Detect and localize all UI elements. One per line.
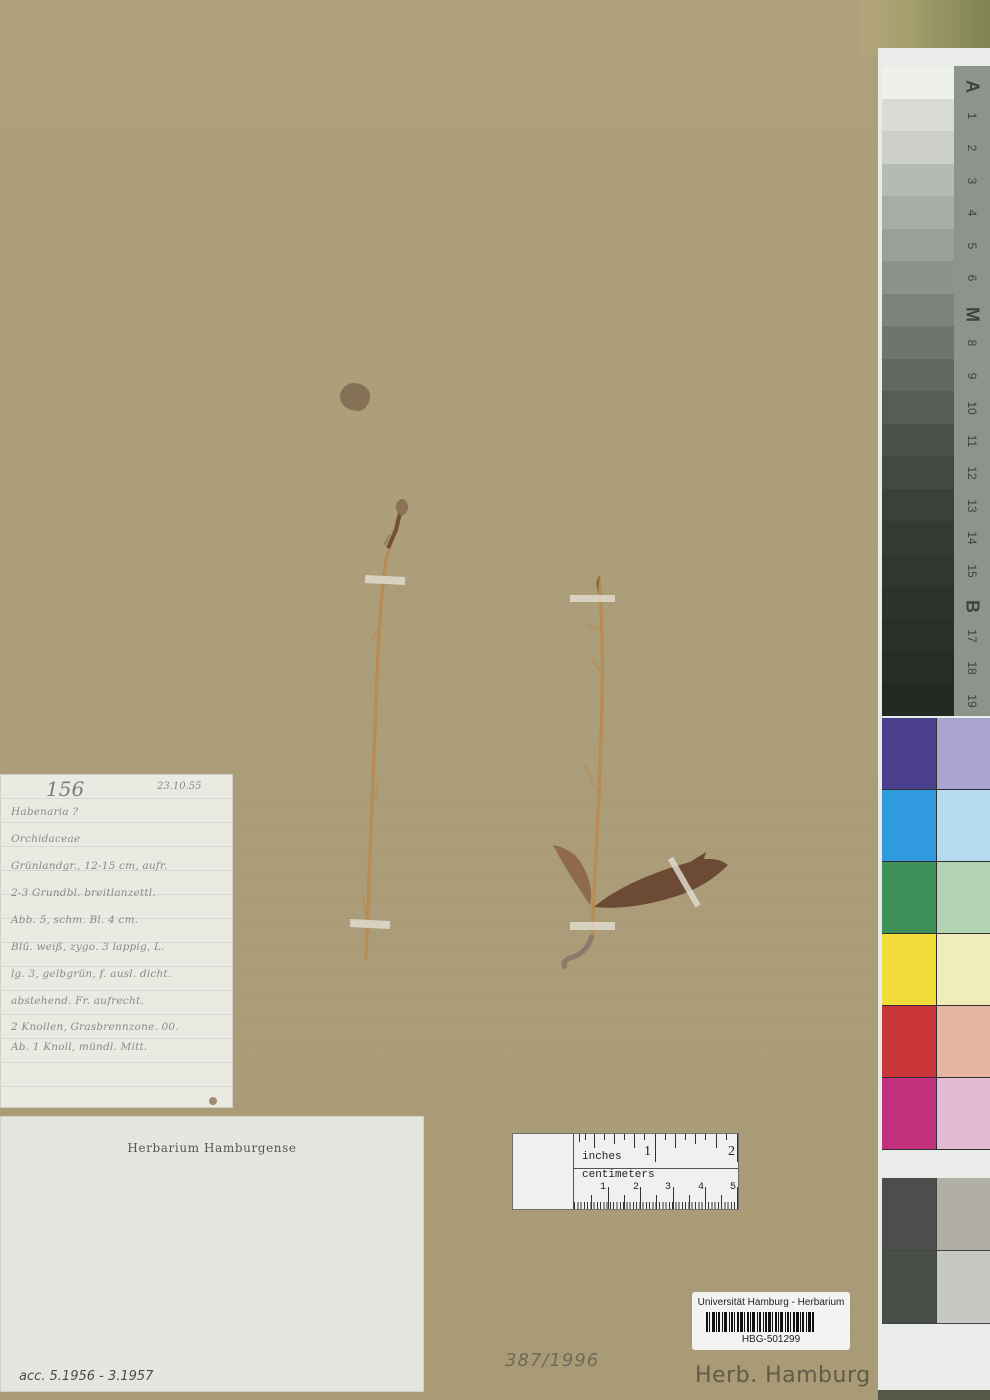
gray-patch	[882, 456, 954, 489]
gray-patch	[882, 489, 954, 522]
gray-patch	[882, 66, 954, 99]
color-patch-row	[882, 1006, 990, 1078]
color-patch	[937, 1006, 990, 1077]
note-line: Ab. 1 Knoll, mündl. Mitt.	[11, 1041, 147, 1053]
scale-ruler: inches 1 2 centimeters 1 2 3 4 5	[512, 1133, 739, 1210]
cm-mark: 1	[600, 1182, 606, 1193]
gray-scale	[882, 66, 954, 716]
inch-mark: 1	[644, 1144, 651, 1160]
scale-label: 4	[965, 195, 979, 231]
gray-patch	[882, 99, 954, 132]
cm-mark: 2	[633, 1182, 639, 1193]
stain-mark	[209, 1097, 217, 1105]
gray-patch	[882, 164, 954, 197]
note-line: 2-3 Grundbl. breitlanzettl.	[11, 887, 156, 899]
gray-patch	[937, 1251, 990, 1323]
color-patch	[882, 1078, 937, 1149]
note-line: 2 Knollen, Grasbrennzone. 00.	[11, 1021, 179, 1033]
gray-patch	[882, 619, 954, 652]
color-patch-row	[882, 1078, 990, 1150]
gray-reference-patches	[882, 1178, 990, 1324]
barcode-label: Universität Hamburg - Herbarium HBG-5012…	[692, 1292, 850, 1350]
color-patch	[937, 862, 990, 933]
background-edge	[860, 0, 990, 55]
inch-scale: inches 1 2	[574, 1134, 738, 1169]
color-patch	[937, 1078, 990, 1149]
barcode-icon	[706, 1312, 836, 1332]
collection-date: 23.10.55	[157, 781, 202, 792]
note-line: lg. 3, gelbgrün, f. ausl. dicht.	[11, 968, 171, 980]
color-patch	[882, 934, 937, 1005]
cm-scale: centimeters 1 2 3 4 5	[574, 1169, 738, 1209]
gray-patch	[882, 229, 954, 262]
field-note-label: 156 23.10.55 Habenaria ? Orchidaceae Grü…	[0, 774, 233, 1108]
gray-patch	[882, 359, 954, 392]
cm-mark: 5	[730, 1182, 736, 1193]
gray-patch	[882, 294, 954, 327]
color-patch-row	[882, 862, 990, 934]
gray-patch	[882, 1178, 937, 1250]
family-name: Orchidaceae	[11, 833, 80, 845]
gray-patch	[882, 196, 954, 229]
scale-label: 12	[965, 455, 979, 491]
gray-scale-labels: A123456M89101112131415B171819	[954, 66, 990, 716]
scale-label: 6	[965, 260, 979, 296]
centimeters-label: centimeters	[582, 1169, 655, 1181]
gray-patch	[882, 554, 954, 587]
scale-label: 9	[965, 358, 979, 394]
inch-mark: 2	[728, 1144, 735, 1160]
scale-label: 11	[965, 423, 979, 459]
institution-name: Universität Hamburg - Herbarium	[692, 1297, 850, 1308]
color-patch	[882, 862, 937, 933]
scale-label: 8	[965, 325, 979, 361]
gray-patch	[882, 521, 954, 554]
scale-label: 18	[965, 650, 979, 686]
note-line: Grünlandgr., 12-15 cm, aufr.	[11, 860, 167, 872]
herbarium-stamp: Herb. Hamburg	[695, 1363, 871, 1388]
gray-patch	[882, 1251, 937, 1323]
accession-note: acc. 5.1956 - 3.1957	[19, 1369, 153, 1384]
color-patch	[882, 790, 937, 861]
gray-patch	[882, 651, 954, 684]
collection-number: 156	[46, 777, 84, 801]
gray-patch	[882, 326, 954, 359]
specimen-fragment	[340, 383, 370, 411]
scale-label: 3	[965, 163, 979, 199]
color-patch-row	[882, 790, 990, 862]
gray-patch	[882, 391, 954, 424]
background-edge	[878, 1390, 990, 1400]
cm-mark: 4	[698, 1182, 704, 1193]
gray-patch	[882, 586, 954, 619]
gray-patch	[882, 131, 954, 164]
note-line: abstehend. Fr. aufrecht.	[11, 995, 144, 1007]
registry-number: 387/1996	[505, 1350, 599, 1371]
scale-label: 10	[965, 390, 979, 426]
gray-patch	[937, 1178, 990, 1250]
barcode-number: HBG-501299	[692, 1334, 850, 1345]
specimen-left	[350, 499, 408, 958]
gray-patch	[882, 261, 954, 294]
gray-reference-row	[882, 1251, 990, 1324]
scale-label: 14	[965, 520, 979, 556]
herbarium-label: Herbarium Hamburgense acc. 5.1956 - 3.19…	[0, 1116, 424, 1392]
color-patch	[937, 718, 990, 789]
color-patch	[882, 1006, 937, 1077]
note-line: Abb. 5, schm. Bl. 4 cm.	[11, 914, 138, 926]
scale-label: 5	[965, 228, 979, 264]
specimen-right	[553, 575, 728, 968]
gray-patch	[882, 424, 954, 457]
color-patch-row	[882, 718, 990, 790]
cm-mark: 3	[665, 1182, 671, 1193]
color-patch	[882, 718, 937, 789]
scale-label: 15	[965, 553, 979, 589]
scale-label: 17	[965, 618, 979, 654]
herbarium-title: Herbarium Hamburgense	[1, 1141, 423, 1155]
scale-label: 19	[965, 683, 979, 719]
color-patches	[882, 718, 990, 1150]
gray-reference-row	[882, 1178, 990, 1251]
gray-patch	[882, 684, 954, 717]
color-patch	[937, 934, 990, 1005]
note-line: Blü. weiß, zygo. 3 lappig, L.	[11, 941, 165, 953]
color-patch-row	[882, 934, 990, 1006]
color-calibration-chart: A123456M89101112131415B171819	[878, 48, 990, 1390]
taxon-name: Habenaria ?	[11, 806, 78, 818]
inches-label: inches	[582, 1151, 622, 1163]
color-patch	[937, 790, 990, 861]
scale-label: 1	[965, 98, 979, 134]
scale-label: 2	[965, 130, 979, 166]
ruler-blank	[513, 1134, 574, 1209]
scale-label: 13	[965, 488, 979, 524]
